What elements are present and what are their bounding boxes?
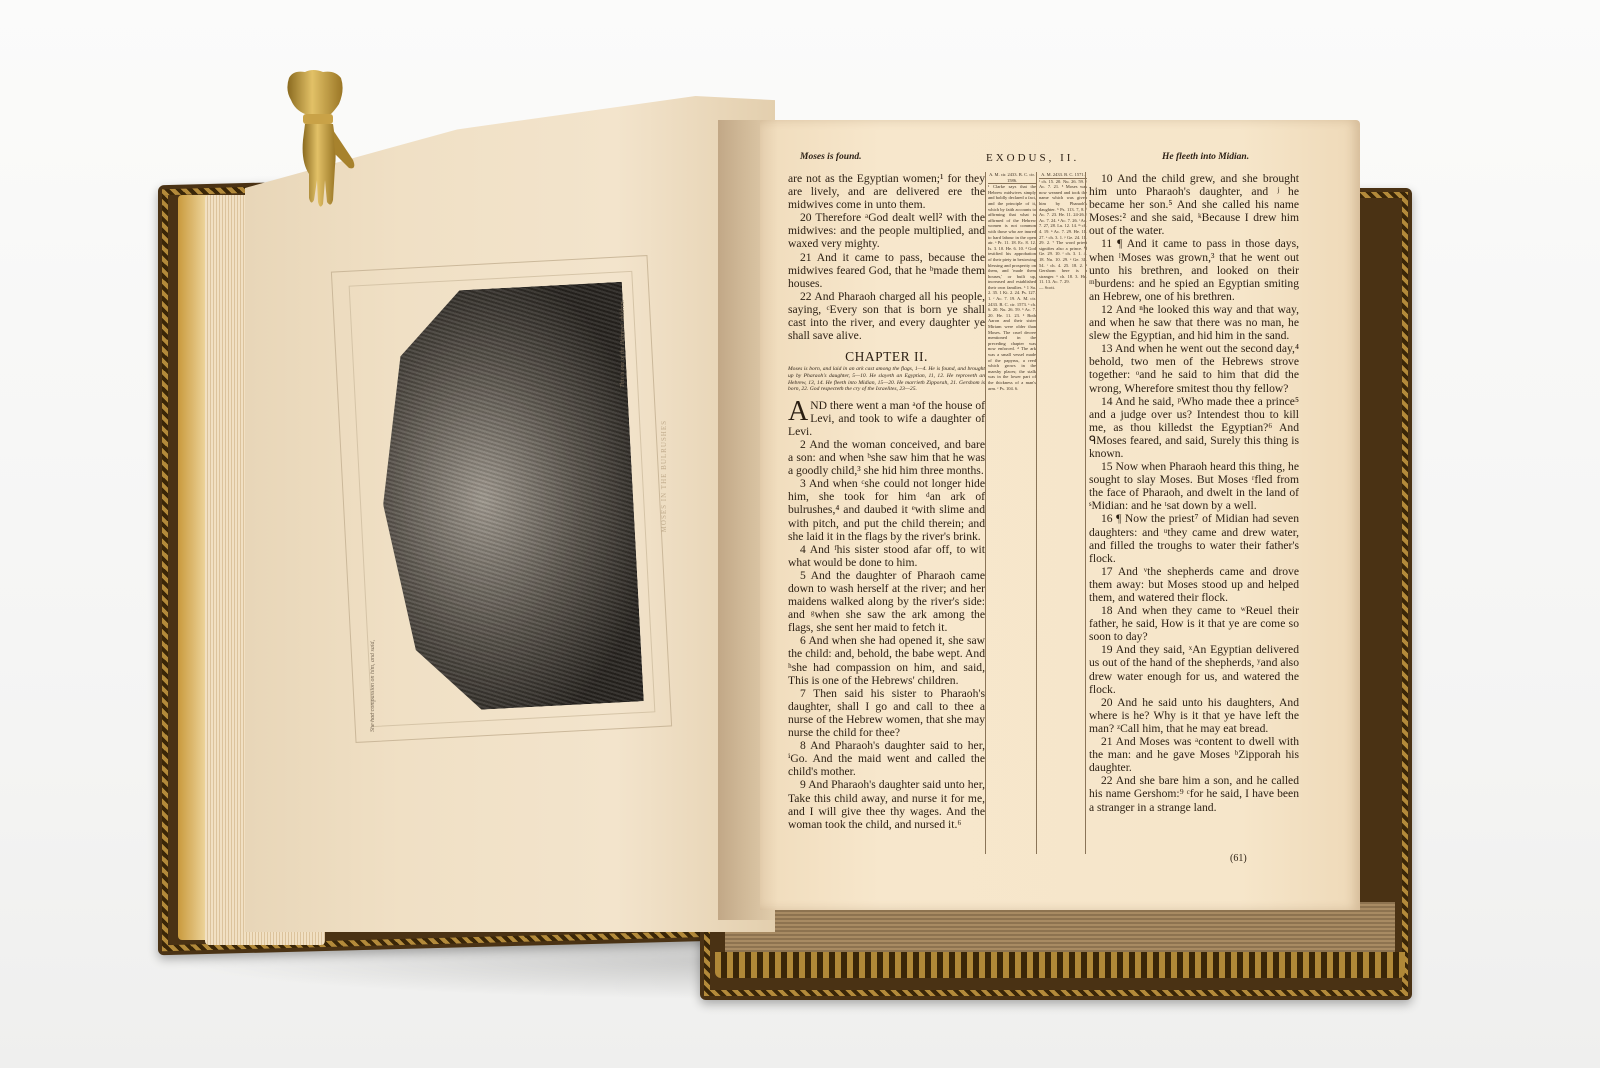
chapter-heading: CHAPTER II.: [788, 350, 985, 363]
verse-2-3: 3 And when ᶜshe could not longer hide hi…: [788, 477, 985, 542]
marginal-notes-1: ¹ Clarke says that the Hebrew midwives s…: [988, 184, 1036, 391]
verse-2-11: 11 ¶ And it came to pass in those days, …: [1089, 237, 1299, 302]
verse-2-22: 22 And she bare him a son, and he called…: [1089, 774, 1299, 813]
verse-2-1-text: ND there went a man ᵃof the house of Lev…: [788, 399, 985, 438]
marginal-notes-2: ᶠ ch. 15. 20. Nu. 26. 59. ᵍ Ac. 7. 21. ⁵…: [1039, 179, 1087, 285]
verse-2-2: 2 And the woman conceived, and bare a so…: [788, 438, 985, 477]
plate-caption-bottom: She had compassion on him, and said,: [370, 640, 376, 732]
verse-2-14: 14 And he said, ᵖWho made thee a prince⁵…: [1089, 395, 1299, 460]
column-rule: [1085, 172, 1086, 854]
chapter-summary: Moses is born, and laid in an ark cast a…: [788, 366, 985, 392]
verse-2-21: 21 And Moses was ᵃcontent to dwell with …: [1089, 735, 1299, 774]
verse-1-21: 21 And it came to pass, because the midw…: [788, 251, 985, 290]
running-head-right: He fleeth into Midian.: [1162, 152, 1249, 162]
verse-2-13: 13 And when he went out the second day,⁴…: [1089, 342, 1299, 394]
marginal-scott: — Scott.: [1039, 285, 1087, 291]
drop-cap: A: [788, 401, 808, 423]
marginal-notes-column-2: A. M. 2433. B. C. 1571. ᶠ ch. 15. 20. Nu…: [1036, 172, 1089, 854]
verse-2-15: 15 Now when Pharaoh heard this thing, he…: [1089, 460, 1299, 512]
page-number: (61): [1230, 853, 1247, 864]
verse-2-18: 18 And when they came to ʷReuel their fa…: [1089, 604, 1299, 643]
verse-1-20: 20 Therefore ᵃGod dealt well² with the m…: [788, 211, 985, 250]
running-head-book: EXODUS, II.: [986, 152, 1079, 164]
verse-2-6: 6 And when she had opened it, she saw th…: [788, 634, 985, 686]
verse-2-20: 20 And he said unto his daughters, And w…: [1089, 696, 1299, 735]
plate-caption-top: This is one of the Hebrews' children.: [620, 300, 626, 388]
marginal-date-1: A. M. cir. 2433. B. C. cir. 1586.: [988, 172, 1036, 184]
verse-2-5: 5 And the daughter of Pharaoh came down …: [788, 569, 985, 634]
verse-2-17: 17 And ᵛthe shepherds came and drove the…: [1089, 565, 1299, 604]
verse-2-7: 7 Then said his sister to Pharaoh's daug…: [788, 687, 985, 739]
verse-2-16: 16 ¶ Now the priest⁷ of Midian had seven…: [1089, 512, 1299, 564]
verse-2-19: 19 And they said, ˣAn Egyptian delivered…: [1089, 643, 1299, 695]
brass-hand-bookmark-icon[interactable]: [283, 70, 361, 210]
marginal-notes-column-1: A. M. cir. 2433. B. C. cir. 1586. ¹ Clar…: [985, 172, 1038, 854]
verse-continuation: are not as the Egyptian women;¹ for they…: [788, 172, 985, 211]
verse-2-12: 12 And ⁿhe looked this way and that way,…: [1089, 303, 1299, 342]
running-head-left: Moses is found.: [800, 152, 862, 162]
verse-2-10: 10 And the child grew, and she brought h…: [1089, 172, 1299, 237]
text-column-left: are not as the Egyptian women;¹ for they…: [788, 172, 985, 831]
tooled-border-bottom: [715, 952, 1405, 978]
verse-2-1: AND there went a man ᵃof the house of Le…: [788, 399, 985, 438]
verse-2-8: 8 And Pharaoh's daughter said to her, ⁱG…: [788, 739, 985, 778]
verse-2-9: 9 And Pharaoh's daughter said unto her, …: [788, 778, 985, 830]
verse-1-22: 22 And Pharaoh charged all his people, s…: [788, 290, 985, 342]
text-column-right: 10 And the child grew, and she brought h…: [1089, 172, 1299, 814]
marginal-date-2: A. M. 2433. B. C. 1571.: [1039, 172, 1087, 179]
verse-2-4: 4 And ᶠhis sister stood afar off, to wit…: [788, 543, 985, 569]
gutter-shadow: [718, 120, 778, 920]
plate-side-imprint: MOSES IN THE BULRUSHES: [660, 420, 668, 532]
